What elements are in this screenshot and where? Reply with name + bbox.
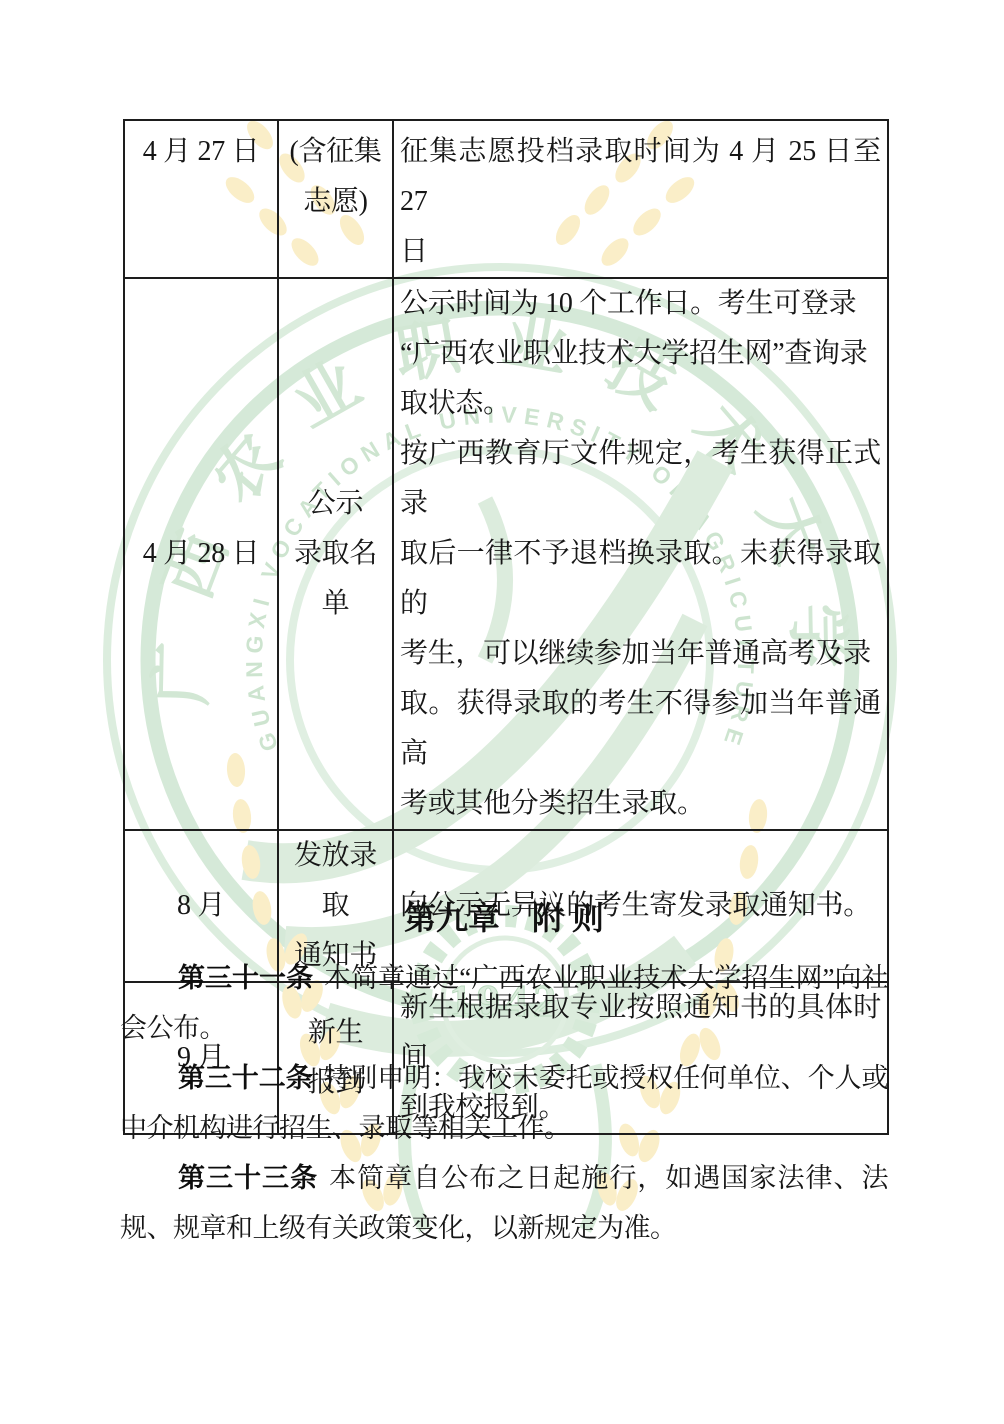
schedule-stage: (含征集 志愿): [278, 120, 393, 278]
schedule-date: 4 月 28 日: [124, 278, 278, 830]
schedule-date: 4 月 27 日: [124, 120, 278, 278]
schedule-stage: 公示 录取名单: [278, 278, 393, 830]
document-page: 广西农业职业技术大学 GUANGXI VOCATIONAL UNIVERSITY…: [0, 0, 1004, 1424]
article-32: 第三十二条特别申明：我校未委托或授权任何单位、个人或中介机构进行招生、录取等相关…: [120, 1053, 888, 1153]
chapter-section: 第九章 附 则 第三十一条本简章通过“广西农业职业技术大学招生网”向社会公布。 …: [120, 896, 888, 1253]
article-33: 第三十三条本简章自公布之日起施行，如遇国家法律、法规、规章和上级有关政策变化，以…: [120, 1153, 888, 1253]
article-32-label: 第三十二条: [178, 1063, 313, 1093]
schedule-description: 征集志愿投档录取时间为 4 月 25 日至 27 日: [393, 120, 888, 278]
article-33-label: 第三十三条: [178, 1163, 318, 1193]
table-row: 4 月 28 日 公示 录取名单 公示时间为 10 个工作日。考生可登录 “广西…: [124, 278, 888, 830]
article-31-label: 第三十一条: [178, 963, 313, 993]
chapter-title: 第九章 附 则: [120, 896, 888, 940]
table-row: 4 月 27 日 (含征集 志愿) 征集志愿投档录取时间为 4 月 25 日至 …: [124, 120, 888, 278]
article-31: 第三十一条本简章通过“广西农业职业技术大学招生网”向社会公布。: [120, 953, 888, 1053]
schedule-description: 公示时间为 10 个工作日。考生可登录 “广西农业职业技术大学招生网”查询录 取…: [393, 278, 888, 830]
